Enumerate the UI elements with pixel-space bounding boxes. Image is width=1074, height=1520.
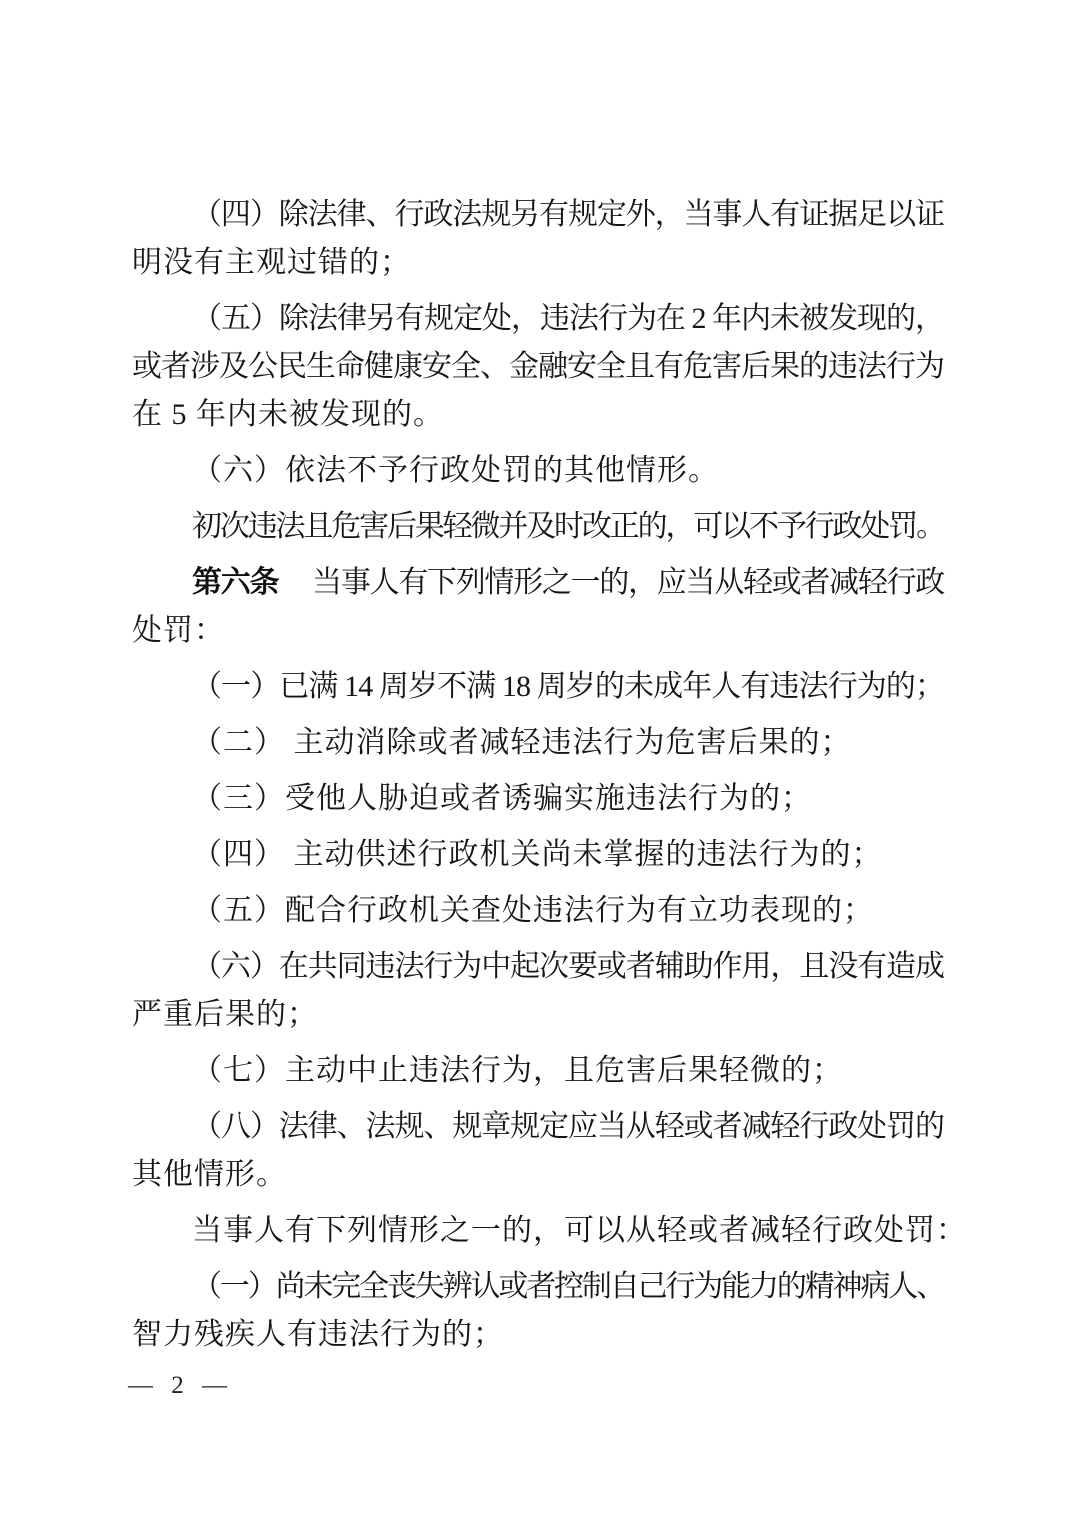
line-content: （五）配合行政机关查处违法行为有立功表现的； [192, 894, 874, 927]
document-page: （四）除法律、行政法规另有规定外，当事人有证据足以证明没有主观过错的；（五）除法… [0, 0, 1074, 1520]
line-text: 其他情形。 [132, 1158, 287, 1191]
line-content: （八）法律、法规、规章规定应当从轻或者减轻行政处罚的 [192, 1110, 944, 1143]
paragraph: （五）配合行政机关查处违法行为有立功表现的； [132, 887, 944, 935]
line-text: 严重后果的； [132, 998, 318, 1031]
line-content: 处罚： [132, 614, 225, 647]
line-text: 初次违法且危害后果轻微并及时改正的，可以不予行政处罚。 [192, 510, 944, 543]
paragraph: （八）法律、法规、规章规定应当从轻或者减轻行政处罚的其他情形。 [132, 1103, 944, 1199]
line-content: 第六条当事人有下列情形之一的，应当从轻或者减轻行政 [192, 566, 944, 599]
line-text: （四） 主动供述行政机关尚未掌握的违法行为的； [192, 838, 883, 871]
text-line: （七）主动中止违法行为，且危害后果轻微的； [132, 1047, 944, 1095]
line-content: （七）主动中止违法行为，且危害后果轻微的； [192, 1054, 843, 1087]
line-text: （五）除法律另有规定处，违法行为在 2 年内未被发现的， [192, 302, 944, 335]
text-line: （五）除法律另有规定处，违法行为在 2 年内未被发现的， [132, 295, 944, 343]
line-content: （六）在共同违法行为中起次要或者辅助作用，且没有造成 [192, 950, 944, 983]
line-content: （二） 主动消除或者减轻违法行为危害后果的； [192, 726, 852, 759]
line-text: 在 5 年内未被发现的。 [132, 398, 444, 431]
line-text: （一）尚未完全丧失辨认或者控制自己行为能力的精神病人、 [192, 1270, 944, 1303]
document-body: （四）除法律、行政法规另有规定外，当事人有证据足以证明没有主观过错的；（五）除法… [132, 191, 944, 1359]
paragraph: （六）在共同违法行为中起次要或者辅助作用，且没有造成严重后果的； [132, 943, 944, 1039]
text-line: （六）依法不予行政处罚的其他情形。 [132, 447, 944, 495]
text-line: 第六条当事人有下列情形之一的，应当从轻或者减轻行政 [132, 559, 944, 607]
page-number: — 2 — [128, 1372, 230, 1400]
article-number: 第六条 [192, 566, 278, 599]
paragraph: 初次违法且危害后果轻微并及时改正的，可以不予行政处罚。 [132, 503, 944, 551]
text-line: 严重后果的； [132, 991, 944, 1039]
line-text: （七）主动中止违法行为，且危害后果轻微的； [192, 1054, 843, 1087]
line-content: 严重后果的； [132, 998, 318, 1031]
line-text: （四）除法律、行政法规另有规定外，当事人有证据足以证 [192, 198, 944, 231]
text-line: 智力残疾人有违法行为的； [132, 1311, 944, 1359]
line-text: （一）已满 14 周岁不满 18 周岁的未成年人有违法行为的； [192, 670, 944, 703]
text-line: （一）尚未完全丧失辨认或者控制自己行为能力的精神病人、 [132, 1263, 944, 1311]
line-content: （三）受他人胁迫或者诱骗实施违法行为的； [192, 782, 812, 815]
text-line: 明没有主观过错的； [132, 239, 944, 287]
line-content: （五）除法律另有规定处，违法行为在 2 年内未被发现的， [192, 302, 944, 335]
text-line: 初次违法且危害后果轻微并及时改正的，可以不予行政处罚。 [132, 503, 944, 551]
line-text: （五）配合行政机关查处违法行为有立功表现的； [192, 894, 874, 927]
text-line: 当事人有下列情形之一的，可以从轻或者减轻行政处罚： [132, 1207, 944, 1255]
text-line: （五）配合行政机关查处违法行为有立功表现的； [132, 887, 944, 935]
paragraph: （七）主动中止违法行为，且危害后果轻微的； [132, 1047, 944, 1095]
paragraph: （一）已满 14 周岁不满 18 周岁的未成年人有违法行为的； [132, 663, 944, 711]
line-text: （六）在共同违法行为中起次要或者辅助作用，且没有造成 [192, 950, 944, 983]
line-text: 明没有主观过错的； [132, 246, 411, 279]
line-content: 当事人有下列情形之一的，可以从轻或者减轻行政处罚： [192, 1214, 967, 1247]
article-gap [278, 591, 312, 592]
text-line: （一）已满 14 周岁不满 18 周岁的未成年人有违法行为的； [132, 663, 944, 711]
paragraph: 当事人有下列情形之一的，可以从轻或者减轻行政处罚： [132, 1207, 944, 1255]
text-line: 或者涉及公民生命健康安全、金融安全且有危害后果的违法行为 [132, 343, 944, 391]
text-line: （四）除法律、行政法规另有规定外，当事人有证据足以证 [132, 191, 944, 239]
paragraph: （四） 主动供述行政机关尚未掌握的违法行为的； [132, 831, 944, 879]
line-content: （一）尚未完全丧失辨认或者控制自己行为能力的精神病人、 [192, 1270, 944, 1303]
paragraph: （五）除法律另有规定处，违法行为在 2 年内未被发现的，或者涉及公民生命健康安全… [132, 295, 944, 439]
line-text: 处罚： [132, 614, 225, 647]
paragraph: 第六条当事人有下列情形之一的，应当从轻或者减轻行政处罚： [132, 559, 944, 655]
line-text: （三）受他人胁迫或者诱骗实施违法行为的； [192, 782, 812, 815]
line-text: 或者涉及公民生命健康安全、金融安全且有危害后果的违法行为 [132, 350, 944, 383]
line-content: 智力残疾人有违法行为的； [132, 1318, 504, 1351]
text-line: 其他情形。 [132, 1151, 944, 1199]
paragraph: （六）依法不予行政处罚的其他情形。 [132, 447, 944, 495]
text-line: （八）法律、法规、规章规定应当从轻或者减轻行政处罚的 [132, 1103, 944, 1151]
paragraph: （四）除法律、行政法规另有规定外，当事人有证据足以证明没有主观过错的； [132, 191, 944, 287]
text-line: （四） 主动供述行政机关尚未掌握的违法行为的； [132, 831, 944, 879]
line-content: （四） 主动供述行政机关尚未掌握的违法行为的； [192, 838, 883, 871]
paragraph: （三）受他人胁迫或者诱骗实施违法行为的； [132, 775, 944, 823]
text-line: 在 5 年内未被发现的。 [132, 391, 944, 439]
line-content: 初次违法且危害后果轻微并及时改正的，可以不予行政处罚。 [192, 510, 944, 543]
text-line: （二） 主动消除或者减轻违法行为危害后果的； [132, 719, 944, 767]
line-content: （四）除法律、行政法规另有规定外，当事人有证据足以证 [192, 198, 944, 231]
line-text: 当事人有下列情形之一的，可以从轻或者减轻行政处罚： [192, 1214, 967, 1247]
line-content: （一）已满 14 周岁不满 18 周岁的未成年人有违法行为的； [192, 670, 944, 703]
line-text: 当事人有下列情形之一的，应当从轻或者减轻行政 [312, 566, 944, 599]
text-line: 处罚： [132, 607, 944, 655]
line-text: （二） 主动消除或者减轻违法行为危害后果的； [192, 726, 852, 759]
paragraph: （一）尚未完全丧失辨认或者控制自己行为能力的精神病人、智力残疾人有违法行为的； [132, 1263, 944, 1359]
line-text: 智力残疾人有违法行为的； [132, 1318, 504, 1351]
line-content: （六）依法不予行政处罚的其他情形。 [192, 454, 719, 487]
line-content: 或者涉及公民生命健康安全、金融安全且有危害后果的违法行为 [132, 350, 944, 383]
text-line: （六）在共同违法行为中起次要或者辅助作用，且没有造成 [132, 943, 944, 991]
line-content: 在 5 年内未被发现的。 [132, 398, 444, 431]
line-content: 其他情形。 [132, 1158, 287, 1191]
line-text: （六）依法不予行政处罚的其他情形。 [192, 454, 719, 487]
paragraph: （二） 主动消除或者减轻违法行为危害后果的； [132, 719, 944, 767]
line-content: 明没有主观过错的； [132, 246, 411, 279]
line-text: （八）法律、法规、规章规定应当从轻或者减轻行政处罚的 [192, 1110, 944, 1143]
text-line: （三）受他人胁迫或者诱骗实施违法行为的； [132, 775, 944, 823]
